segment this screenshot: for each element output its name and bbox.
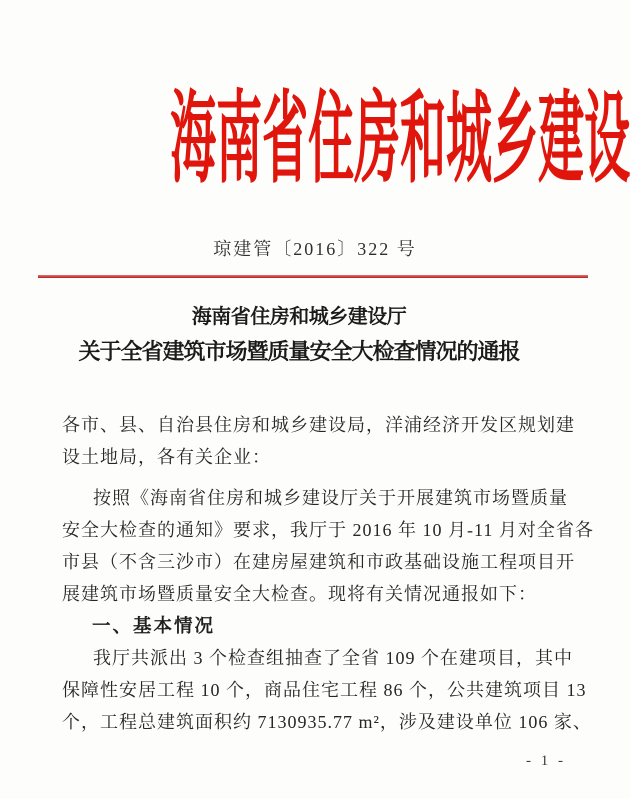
body-text-line: 安全大检查的通知》要求，我厅于 2016 年 10 月-11 月对全省各	[62, 514, 578, 546]
body-text-line: 各市、县、自治县住房和城乡建设局，洋浦经济开发区规划建	[62, 409, 578, 441]
document-reference-number: 琼建管〔2016〕322 号	[0, 239, 630, 259]
document-title-line2: 关于全省建筑市场暨质量安全大检查情况的通报	[0, 334, 614, 369]
agency-letterhead-title: 海南省住房和城乡建设厅文件	[170, 90, 460, 190]
body-text-line: 保障性安居工程 10 个，商品住宅工程 86 个，公共建筑项目 13	[62, 674, 578, 706]
paragraph-statistics: 我厅共派出 3 个检查组抽查了全省 109 个在建项目，其中保障性安居工程 10…	[62, 642, 578, 738]
document-title: 海南省住房和城乡建设厅 关于全省建筑市场暨质量安全大检查情况的通报	[0, 301, 614, 369]
document-body: 各市、县、自治县住房和城乡建设局，洋浦经济开发区规划建设土地局，各有关企业： 按…	[62, 409, 578, 738]
salutation-paragraph: 各市、县、自治县住房和城乡建设局，洋浦经济开发区规划建设土地局，各有关企业：	[62, 409, 578, 473]
document-title-line1: 海南省住房和城乡建设厅	[0, 301, 614, 334]
body-text-line: 市县（不含三沙市）在建房屋建筑和市政基础设施工程项目开	[62, 546, 578, 578]
body-text-line: 展建筑市场暨质量安全大检查。现将有关情况通报如下：	[62, 578, 578, 610]
paragraph-overview: 按照《海南省住房和城乡建设厅关于开展建筑市场暨质量安全大检查的通知》要求，我厅于…	[62, 482, 578, 610]
body-text-line: 我厅共派出 3 个检查组抽查了全省 109 个在建项目，其中	[62, 642, 578, 674]
body-text-line: 设土地局，各有关企业：	[62, 441, 578, 473]
red-divider-line	[38, 275, 588, 278]
body-text-line: 个，工程总建筑面积约 7130935.77 m²，涉及建设单位 106 家、	[62, 706, 578, 738]
scanned-official-document: 海南省住房和城乡建设厅文件 琼建管〔2016〕322 号 海南省住房和城乡建设厅…	[0, 0, 630, 799]
section-heading-basic-situation: 一、基本情况	[62, 610, 578, 642]
page-number: - 1 -	[526, 752, 566, 770]
body-text-line: 按照《海南省住房和城乡建设厅关于开展建筑市场暨质量	[62, 482, 578, 514]
